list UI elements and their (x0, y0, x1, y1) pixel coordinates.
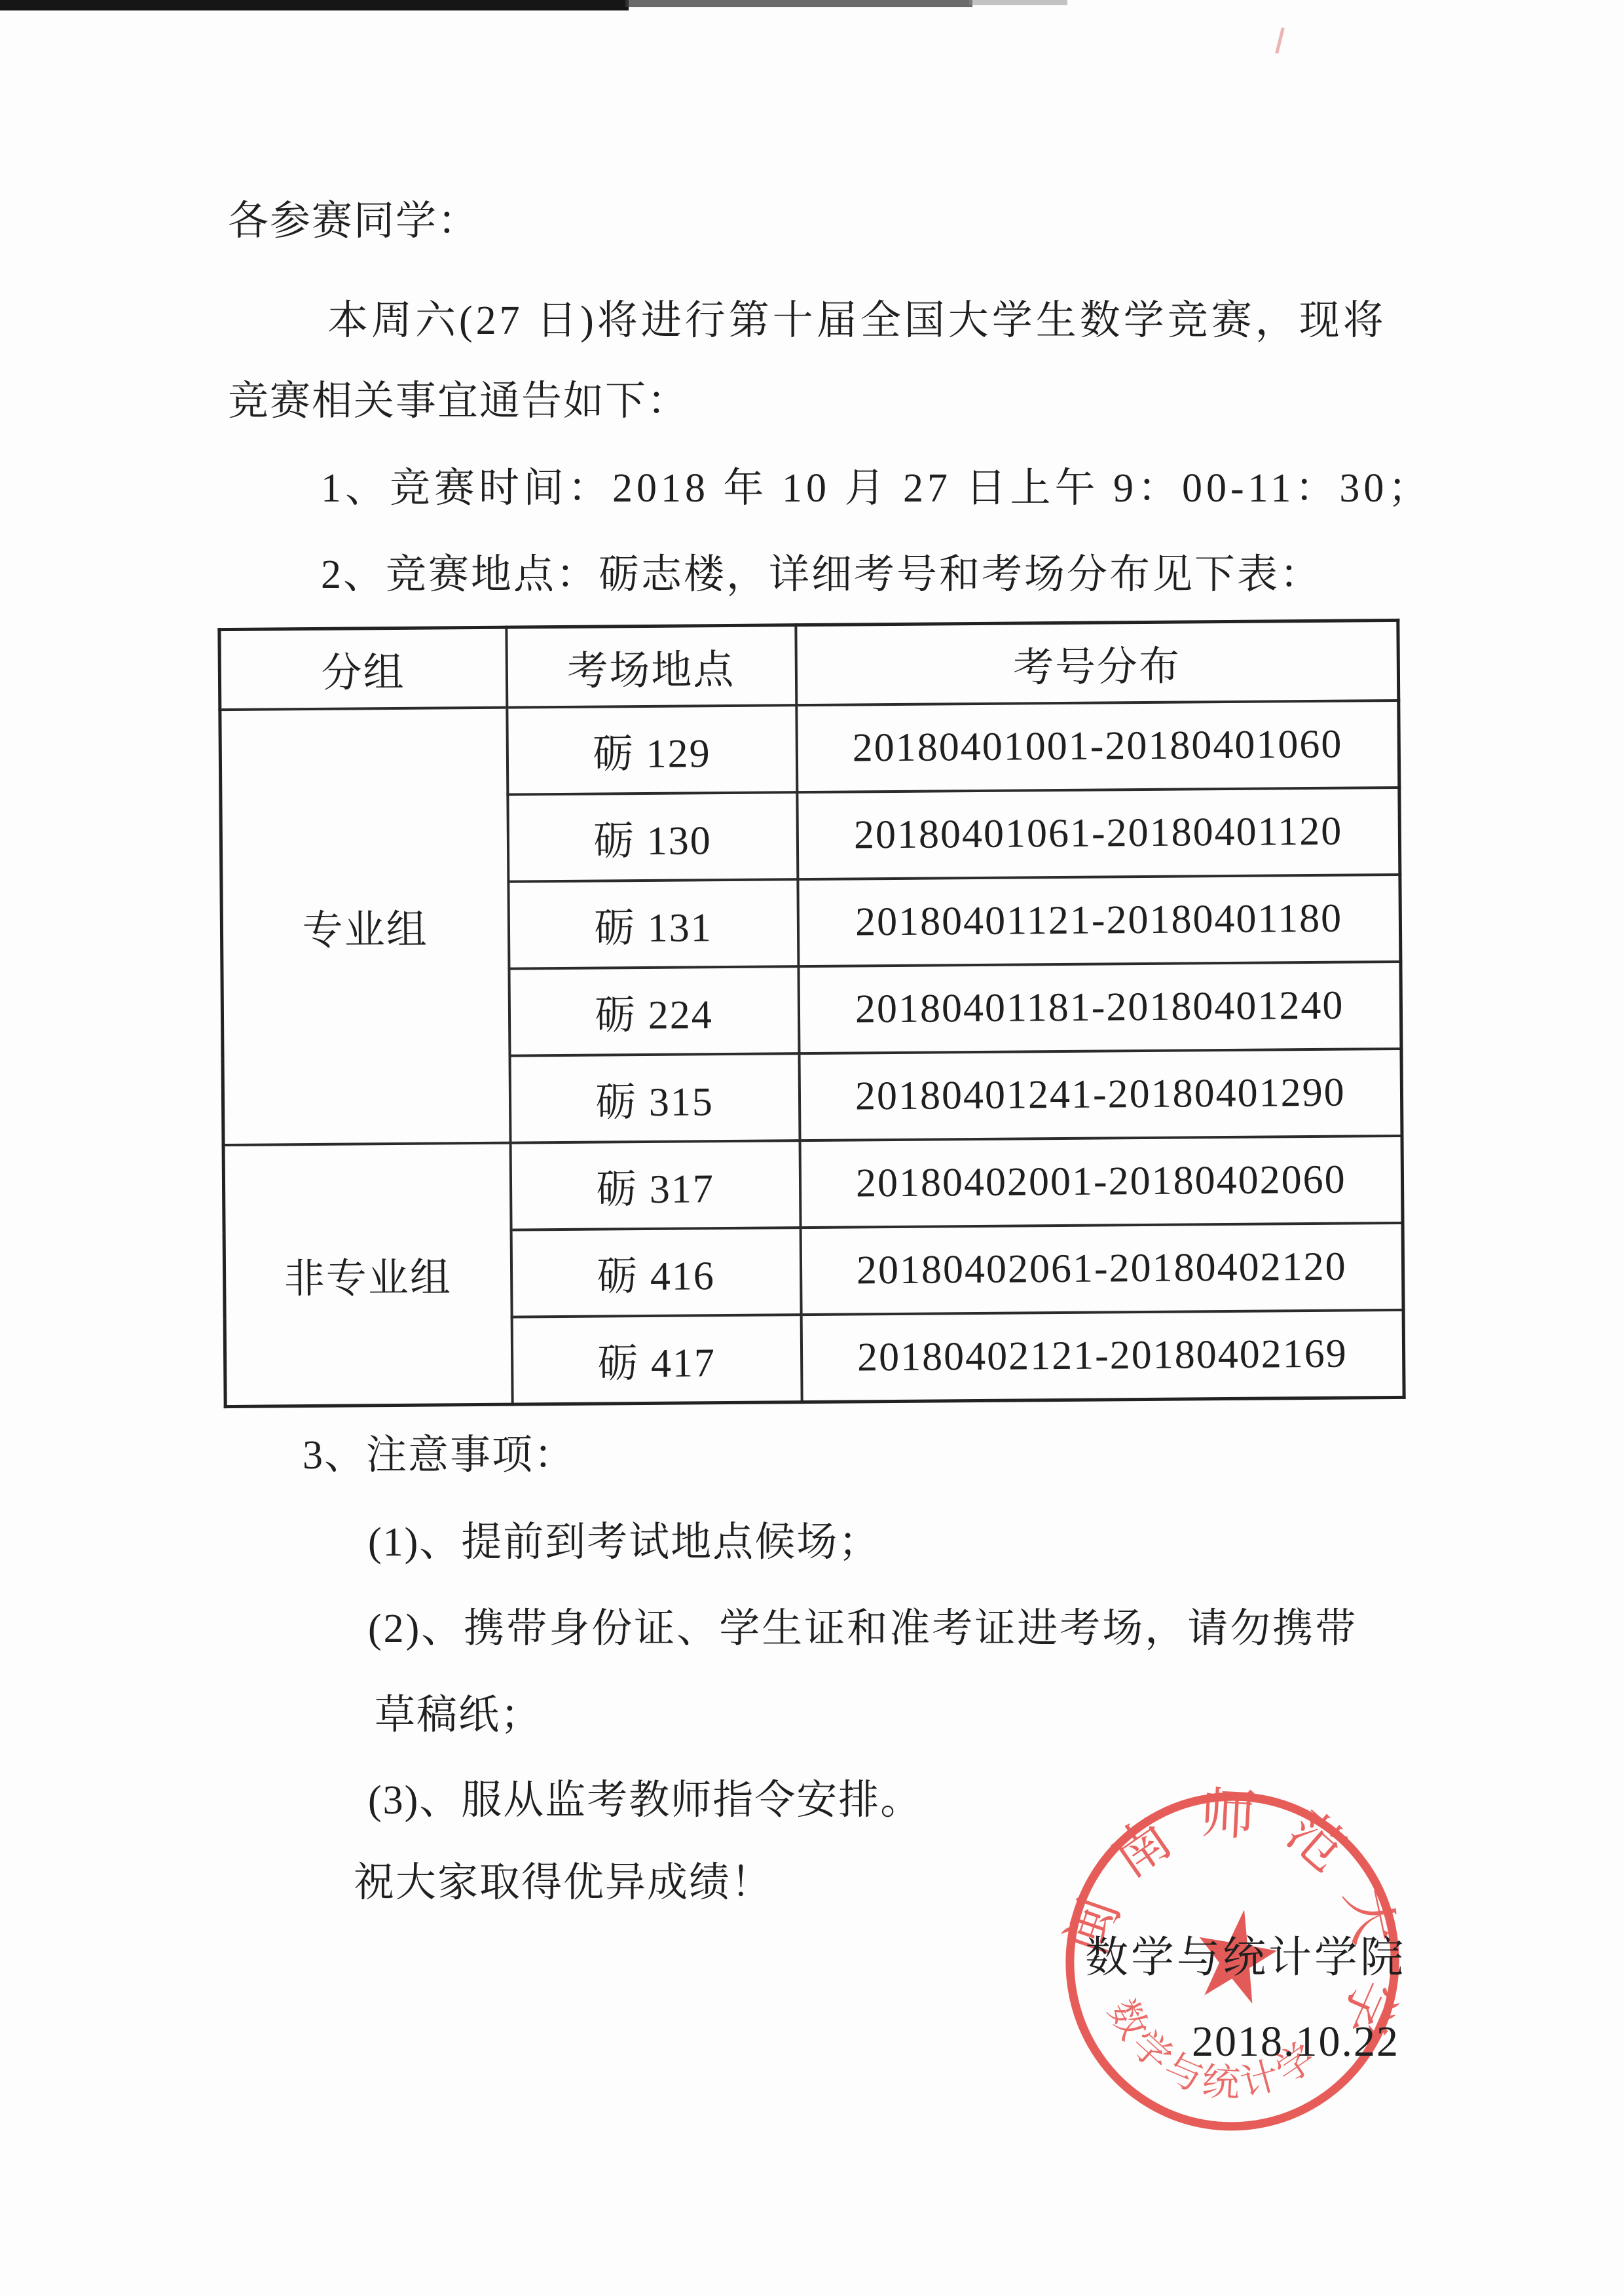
signature-unit: 数学与统计学院 (1085, 1931, 1406, 1986)
range-cell: 20180402121-20180402169 (801, 1310, 1404, 1402)
scanned-notice-page: { "colors": { "ink": "#1f1f1f", "stamp_r… (0, 0, 1624, 2296)
room-cell: 砺 315 (509, 1053, 800, 1142)
column-header-room: 考场地点 (506, 625, 796, 708)
scan-artifact-top-bar-fade (625, 0, 972, 7)
item-competition-time: 1、竞赛时间：2018 年 10 月 27 日上午 9：00-11：30； (321, 464, 1432, 515)
range-cell: 20180402001-20180402060 (800, 1136, 1403, 1228)
range-cell: 20180401121-20180401180 (798, 875, 1401, 966)
column-header-range: 考号分布 (796, 620, 1399, 705)
room-cell: 砺 224 (509, 966, 799, 1055)
room-cell: 砺 129 (507, 705, 797, 794)
note-3: (3)、服从监考教师指令安排。 (368, 1776, 922, 1827)
room-cell: 砺 416 (511, 1228, 801, 1317)
salutation-line: 各参赛同学： (228, 196, 479, 247)
item-competition-place: 2、竞赛地点：砺志楼，详细考号和考场分布见下表： (321, 550, 1322, 601)
room-cell: 砺 131 (508, 879, 798, 968)
note-1: (1)、提前到考试地点候场； (368, 1518, 880, 1569)
range-cell: 20180401061-20180401120 (797, 788, 1400, 879)
range-cell: 20180402061-20180402120 (800, 1223, 1403, 1315)
table-row: 非专业组 砺 317 20180402001-20180402060 (223, 1136, 1403, 1232)
range-cell: 20180401181-20180401240 (798, 962, 1401, 1053)
range-cell: 20180401001-20180401060 (796, 701, 1399, 792)
intro-paragraph-line1: 本周六(27 日)将进行第十届全国大学生数学竞赛，现将 (327, 296, 1387, 347)
column-header-group: 分组 (219, 627, 507, 710)
note-2-line2: 草稿纸； (375, 1690, 542, 1741)
closing-wish: 祝大家取得优异成绩！ (354, 1858, 773, 1909)
exam-room-table: 分组 考场地点 考号分布 专业组 砺 129 20180401001-20180… (217, 619, 1405, 1408)
scan-artifact-red-speck (1275, 27, 1285, 54)
room-cell: 砺 130 (507, 792, 798, 881)
item-notes-title: 3、注意事项： (303, 1430, 576, 1482)
note-2-line1: (2)、携带身份证、学生证和准考证进考场，请勿携带 (368, 1604, 1357, 1655)
table-header-row: 分组 考场地点 考号分布 (219, 620, 1399, 710)
room-cell: 砺 317 (510, 1140, 800, 1230)
scan-artifact-top-bar (0, 0, 629, 10)
table-row: 专业组 砺 129 20180401001-20180401060 (220, 701, 1399, 797)
scan-artifact-top-bar-tail (969, 0, 1067, 5)
room-cell: 砺 417 (511, 1315, 802, 1404)
range-cell: 20180401241-20180401290 (799, 1049, 1402, 1140)
group-cell-professional: 专业组 (220, 708, 510, 1145)
group-cell-nonprofessional: 非专业组 (223, 1143, 512, 1407)
intro-paragraph-line2: 竞赛相关事宜通告如下： (228, 376, 689, 428)
signature-date: 2018.10.22 (1192, 2015, 1399, 2069)
